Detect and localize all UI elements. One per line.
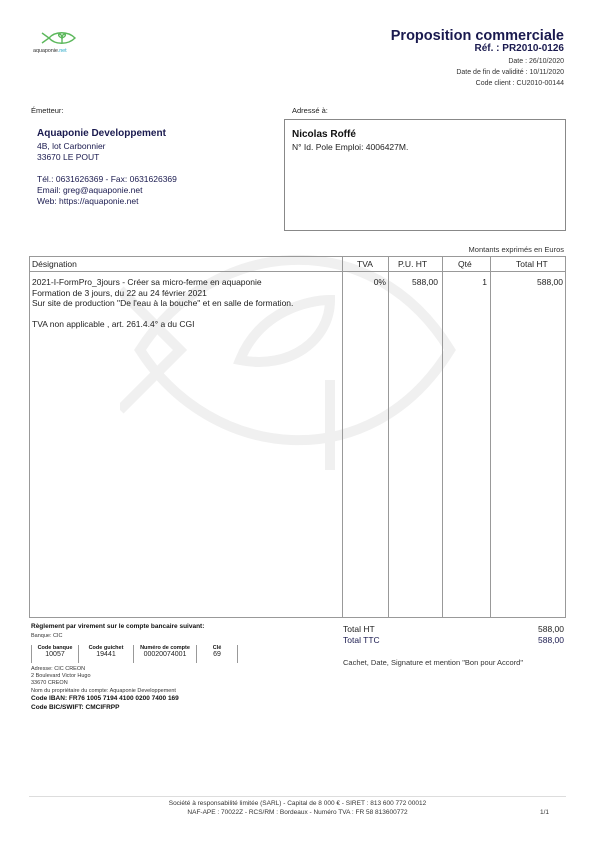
footer-legal-1: Société à responsabilité limitée (SARL) … bbox=[0, 800, 595, 807]
column-divider bbox=[442, 257, 443, 617]
items-table: Désignation TVA P.U. HT Qté Total HT 202… bbox=[29, 256, 566, 618]
recipient-name: Nicolas Roffé bbox=[292, 129, 356, 140]
sender-email: Email: greg@aquaponie.net bbox=[37, 185, 143, 196]
description-line: TVA non applicable , art. 261.4.4° a du … bbox=[32, 319, 293, 330]
fish-sprout-icon bbox=[40, 30, 80, 46]
bank-details-grid: Code banque 10057 Code guichet 19441 Num… bbox=[31, 645, 238, 665]
account-owner: Nom du propriétaire du compte: Aquaponie… bbox=[31, 688, 176, 694]
bank-code-cell: Code banque 10057 bbox=[31, 645, 78, 663]
column-divider bbox=[342, 257, 343, 617]
sender-address-2: 33670 LE POUT bbox=[37, 152, 99, 163]
description-line: Formation de 3 jours, du 22 au 24 févrie… bbox=[32, 288, 293, 299]
item-description: 2021-I-FormPro_3jours - Créer sa micro-f… bbox=[32, 277, 293, 330]
recipient-id: N° Id. Pole Emploi: 4006427M. bbox=[292, 142, 408, 152]
bank-transfer-title: Règlement par virement sur le compte ban… bbox=[31, 623, 204, 630]
currency-note: Montants exprimés en Euros bbox=[469, 245, 564, 254]
column-divider bbox=[490, 257, 491, 617]
sender-address-1: 4B, lot Carbonnier bbox=[37, 141, 106, 152]
bank-grid-value: 19441 bbox=[82, 651, 130, 658]
bank-address-line: 2 Boulevard Victor Hugo bbox=[31, 673, 91, 679]
recipient-box: Nicolas Roffé N° Id. Pole Emploi: 400642… bbox=[284, 119, 566, 231]
validity-date: Date de fin de validité : 10/11/2020 bbox=[456, 69, 564, 76]
key-cell: Clé 69 bbox=[196, 645, 238, 663]
document-date: Date : 26/10/2020 bbox=[508, 58, 564, 65]
logo-text: aquaponie.net bbox=[33, 48, 67, 54]
bank-grid-value: 10057 bbox=[35, 651, 75, 658]
column-divider bbox=[388, 257, 389, 617]
bank-name: Banque: CIC bbox=[31, 633, 63, 639]
total-ttc-value: 588,00 bbox=[538, 635, 564, 645]
item-pu-ht: 588,00 bbox=[412, 277, 438, 287]
description-line: 2021-I-FormPro_3jours - Créer sa micro-f… bbox=[32, 277, 293, 288]
header-designation: Désignation bbox=[32, 259, 77, 269]
description-line: Sur site de production "De l'eau à la bo… bbox=[32, 298, 293, 309]
bank-grid-value: 69 bbox=[200, 651, 234, 658]
bank-grid-value: 00020074001 bbox=[137, 651, 193, 658]
sender-label: Émetteur: bbox=[31, 106, 64, 115]
item-total-ht: 588,00 bbox=[537, 277, 563, 287]
page-number: 1/1 bbox=[540, 809, 549, 816]
header-pu-ht: P.U. HT bbox=[398, 259, 427, 269]
document-title: Proposition commerciale bbox=[391, 28, 564, 44]
bic-swift: Code BIC/SWIFT: CMCIFRPP bbox=[31, 704, 119, 711]
iban: Code IBAN: FR76 1005 7194 4100 0200 7400… bbox=[31, 695, 179, 702]
item-qty: 1 bbox=[482, 277, 487, 287]
item-tva: 0% bbox=[374, 277, 386, 287]
sender-name: Aquaponie Developpement bbox=[37, 128, 166, 139]
header-tva: TVA bbox=[357, 259, 373, 269]
table-header: Désignation TVA P.U. HT Qté Total HT bbox=[30, 257, 565, 272]
sender-phone: Tél.: 0631626369 - Fax: 0631626369 bbox=[37, 174, 177, 185]
bank-address-line: 33670 CREON bbox=[31, 680, 68, 686]
footer-legal-2: NAF-APE : 70022Z - RCS/RM : Bordeaux - N… bbox=[0, 809, 595, 816]
header-qty: Qté bbox=[458, 259, 472, 269]
total-ttc-label: Total TTC bbox=[343, 635, 380, 645]
sender-web: Web: https://aquaponie.net bbox=[37, 196, 138, 207]
bank-address-line: Adresse: CIC CREON bbox=[31, 666, 85, 672]
account-number-cell: Numéro de compte 00020074001 bbox=[133, 645, 196, 663]
company-logo: aquaponie.net bbox=[30, 30, 86, 56]
document-reference: Réf. : PR2010-0126 bbox=[475, 43, 565, 54]
footer-divider bbox=[29, 796, 566, 797]
total-ht-value: 588,00 bbox=[538, 624, 564, 634]
description-line bbox=[32, 309, 293, 320]
branch-code-cell: Code guichet 19441 bbox=[78, 645, 133, 663]
total-ht-label: Total HT bbox=[343, 624, 375, 634]
recipient-label: Adressé à: bbox=[292, 106, 328, 115]
signature-note: Cachet, Date, Signature et mention "Bon … bbox=[343, 658, 523, 667]
client-code: Code client : CU2010-00144 bbox=[476, 80, 564, 87]
header-total-ht: Total HT bbox=[516, 259, 548, 269]
